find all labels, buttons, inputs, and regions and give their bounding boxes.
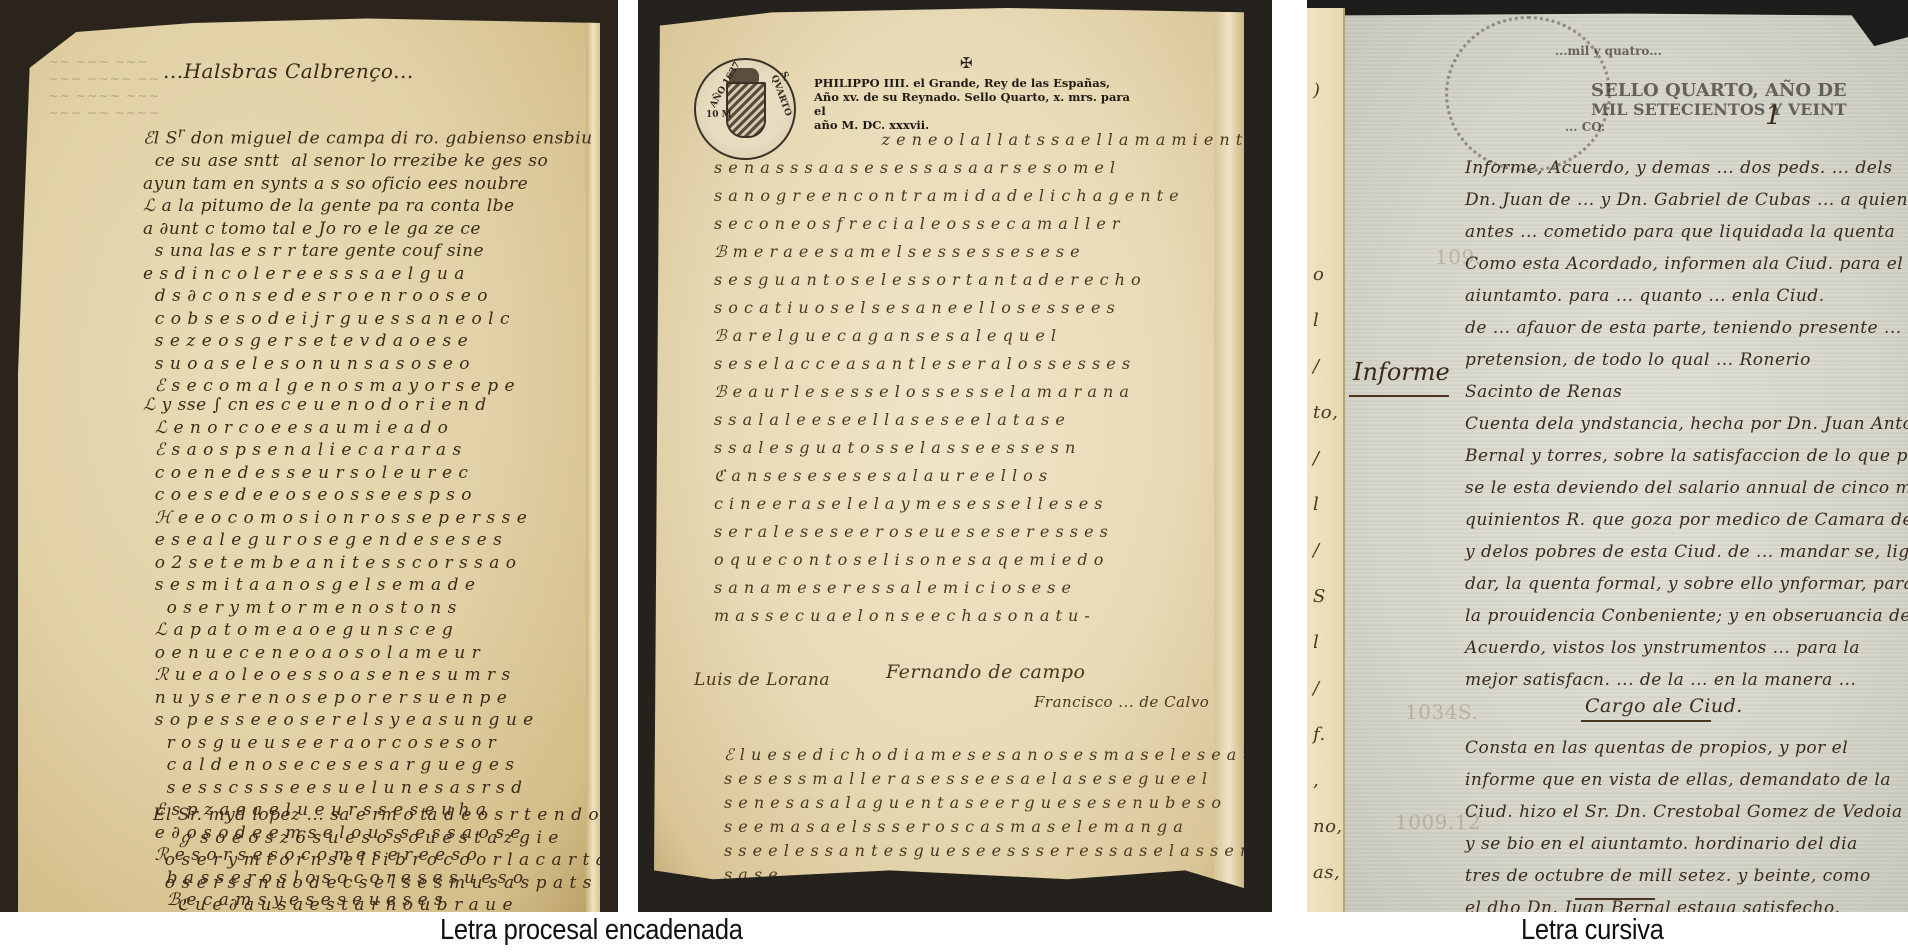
- stamp-right-line-4: ... CO.: [1565, 120, 1605, 134]
- stamp-header-line-2: Año xv. de su Reynado. Sello Quarto, x. …: [814, 90, 1144, 118]
- section-heading: Cargo ale Ciud.: [1585, 690, 1743, 722]
- handwritten-paragraph-1: ℰl Sr don miguel de campa di ro. gabiens…: [143, 122, 593, 398]
- text-line: se le esta deviendo del salario annual d…: [1465, 472, 1908, 504]
- caption-letra-cursiva: Letra cursiva: [1521, 914, 1664, 947]
- manuscript-panel-middle: AÑO 1637 S. QVARTO 10 M ✠ PHILIPPO IIII.…: [638, 0, 1272, 912]
- adjacent-leaf-marks: )ol/to,/l/Sl/f.,no,as,: [1313, 68, 1343, 896]
- handwritten-body-middle: z e n e o l a l l a t s s a e l l a m a …: [714, 126, 1258, 630]
- text-line: el dho Dn. Juan Bernal estaua satisfecho…: [1465, 892, 1903, 912]
- text-line: aiuntamto. para ... quanto ... enla Ciud…: [1465, 280, 1908, 312]
- handwritten-heading: ...Halsbras Calbrenço...: [163, 60, 414, 83]
- closing-flourish: [1575, 898, 1655, 900]
- handwritten-closing-middle: ℰ l u e s e d i c h o d i a m e s e s a …: [724, 743, 1272, 887]
- signature-3: Francisco ... de Calvo: [1034, 688, 1209, 716]
- manuscript-page-procesal-2: AÑO 1637 S. QVARTO 10 M ✠ PHILIPPO IIII.…: [654, 8, 1244, 888]
- text-line: y delos pobres de esta Ciud. de ... mand…: [1465, 536, 1908, 568]
- adjacent-leaf-edge: )ol/to,/l/Sl/f.,no,as,: [1307, 8, 1345, 912]
- seal-side-text: S. QVARTO: [769, 70, 802, 117]
- text-line: Sacinto de Renas: [1465, 376, 1908, 408]
- manuscript-page-procesal-1: ~~ ~~~ ~~~~~~ ~~~~ ~~~~ ~~~~ ~~~~~~ ~~ ~…: [18, 14, 600, 912]
- text-line: la prouidencia Conbeniente; y en obserua…: [1465, 600, 1908, 632]
- text-line: pretension, de todo lo qual ... Ronerio: [1465, 344, 1908, 376]
- folio-number: 1: [1765, 100, 1782, 132]
- text-line: antes ... cometido para que liquidada la…: [1465, 216, 1908, 248]
- manuscript-page-cursiva: ...mil y quatro... SELLO QUARTO, AÑO DE …: [1345, 10, 1908, 912]
- text-line: Dn. Juan de ... y Dn. Gabriel de Cubas .…: [1465, 184, 1908, 216]
- text-line: Bernal y torres, sobre la satisfaccion d…: [1465, 440, 1908, 472]
- stamp-header-text: PHILIPPO IIII. el Grande, Rey de las Esp…: [814, 76, 1144, 132]
- margin-note-informe: Informe: [1353, 358, 1450, 386]
- seal-value-text: 10 M: [706, 110, 732, 120]
- text-line: tres de octubre de mill setez. y beinte,…: [1465, 860, 1903, 892]
- cross-icon: ✠: [960, 54, 973, 72]
- text-line: dar, la quenta formal, y sobre ello ynfo…: [1465, 568, 1908, 600]
- stamp-right-line-2: SELLO QUARTO, AÑO DE: [1591, 80, 1847, 101]
- stamp-header-line-1: PHILIPPO IIII. el Grande, Rey de las Esp…: [814, 76, 1144, 90]
- section-heading-underline: [1581, 720, 1711, 722]
- text-line: Consta en las quentas de propios, y por …: [1465, 732, 1903, 764]
- text-line: Informe, Acuerdo, y demas ... dos peds. …: [1465, 152, 1908, 184]
- text-line: informe que en vista de ellas, demandato…: [1465, 764, 1903, 796]
- text-line: Cuenta dela yndstancia, hecha por Dn. Ju…: [1465, 408, 1908, 440]
- text-line: de ... afauor de esta parte, teniendo pr…: [1465, 312, 1908, 344]
- manuscript-panel-right: )ol/to,/l/Sl/f.,no,as, ...mil y quatro..…: [1307, 0, 1908, 912]
- bleed-through-text: ~~ ~~~ ~~~~~~ ~~~~ ~~~~ ~~~~ ~~~~~~ ~~ ~…: [48, 54, 160, 122]
- signature-2: Fernando de campo: [886, 658, 1085, 686]
- text-line: Ciud. hizo el Sr. Dn. Crestobal Gomez de…: [1465, 796, 1903, 828]
- text-line: y se bio en el aiuntamto. hordinario del…: [1465, 828, 1903, 860]
- text-line: Como esta Acordado, informen ala Ciud. p…: [1465, 248, 1908, 280]
- stamp-right-line-1: ...mil y quatro...: [1555, 44, 1662, 58]
- manuscript-panel-left: ~~ ~~~ ~~~~~~ ~~~~ ~~~~ ~~~~ ~~~~~~ ~~ ~…: [0, 0, 618, 912]
- handwritten-paragraph-3: El Sr. myd lopez ... sa e rm o ta d e o …: [153, 804, 606, 912]
- text-line: quinientos R. que goza por medico de Cam…: [1465, 504, 1908, 536]
- text-line: Acuerdo, vistos los ynstrumentos ... par…: [1465, 632, 1908, 664]
- caption-letra-procesal: Letra procesal encadenada: [440, 914, 743, 947]
- cursive-text-block-2: Consta en las quentas de propios, y por …: [1465, 732, 1903, 912]
- margin-note-underline: [1349, 395, 1449, 397]
- cursive-text-block-1: Informe, Acuerdo, y demas ... dos peds. …: [1465, 152, 1908, 696]
- signature-1: Luis de Lorana: [694, 666, 830, 694]
- stamp-right-line-3: MIL SETECIENTOS Y VEINT: [1591, 100, 1847, 119]
- marginal-number: 1034S.: [1405, 700, 1478, 724]
- stamp-seal-faded: [1445, 16, 1611, 172]
